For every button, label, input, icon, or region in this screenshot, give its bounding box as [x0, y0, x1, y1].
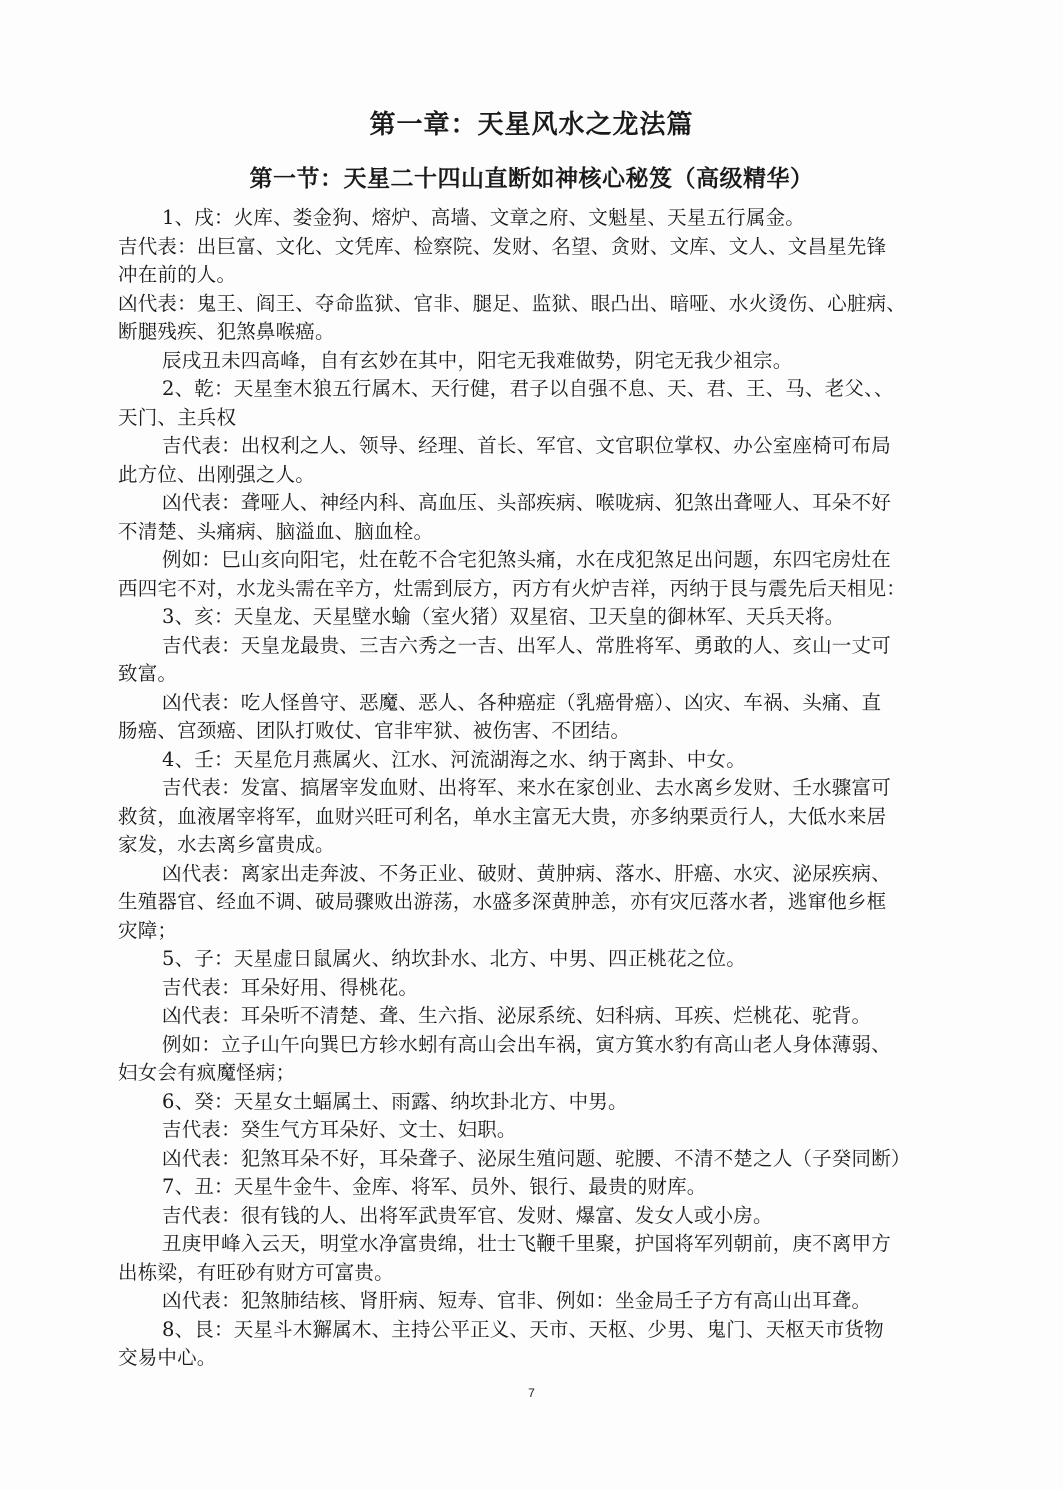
text-line: 吉代表：发富、搞屠宰发血财、出将军、来水在家创业、去水离乡发财、壬水骤富可 [118, 774, 963, 803]
text-line: 4、壬：天星危月燕属火、江水、河流湖海之水、纳于离卦、中女。 [118, 746, 963, 775]
text-line: 吉代表：耳朵好用、得桃花。 [118, 974, 963, 1003]
text-line: 灾障； [118, 917, 963, 946]
text-line: 凶代表：犯煞耳朵不好，耳朵聋子、泌尿生殖问题、驼腰、不清不楚之人（子癸同断） [118, 1145, 963, 1174]
text-line: 交易中心。 [118, 1344, 963, 1373]
text-line: 生殖器官、经血不调、破局骤败出游荡，水盛多深黄肿恙，亦有灾厄落水者，逃窜他乡框 [118, 888, 963, 917]
section-title: 第一节：天星二十四山直断如神核心秘笈（高级精华） [0, 160, 1063, 193]
text-line: 例如：巳山亥向阳宅，灶在乾不合宅犯煞头痛，水在戌犯煞足出问题，东四宅房灶在 [118, 546, 963, 575]
text-line: 致富。 [118, 660, 963, 689]
chapter-title: 第一章：天星风水之龙法篇 [0, 104, 1063, 141]
text-line: 5、子：天星虚日鼠属火、纳坎卦水、北方、中男、四正桃花之位。 [118, 945, 963, 974]
text-line: 3、亥：天皇龙、天星壁水蝓（室火猪）双星宿、卫天皇的御林军、天兵天将。 [118, 603, 963, 632]
text-line: 出栋梁，有旺砂有财方可富贵。 [118, 1259, 963, 1288]
text-line: 不清楚、头痛病、脑溢血、脑血栓。 [118, 518, 963, 547]
text-line: 凶代表：离家出走奔波、不务正业、破财、黄肿病、落水、肝癌、水灾、泌尿疾病、 [118, 860, 963, 889]
text-line: 丑庚甲峰入云天，明堂水净富贵绵，壮士飞鞭千里聚，护国将军列朝前，庚不离甲方 [118, 1230, 963, 1259]
text-line: 吉代表：出权利之人、领导、经理、首长、军官、文官职位掌权、办公室座椅可布局 [118, 432, 963, 461]
text-line: 凶代表：聋哑人、神经内科、高血压、头部疾病、喉咙病、犯煞出聋哑人、耳朵不好 [118, 489, 963, 518]
page-number: 7 [0, 1386, 1063, 1400]
text-line: 凶代表：鬼王、阎王、夺命监狱、官非、腿足、监狱、眼凸出、暗哑、水火烫伤、心脏病、 [118, 290, 963, 319]
text-line: 凶代表：吃人怪兽守、恶魔、恶人、各种癌症（乳癌骨癌）、凶灾、车祸、头痛、直 [118, 689, 963, 718]
text-line: 断腿残疾、犯煞鼻喉癌。 [118, 318, 963, 347]
text-line: 家发，水去离乡富贵成。 [118, 831, 963, 860]
text-line: 凶代表：犯煞肺结核、肾肝病、短寿、官非、例如：坐金局壬子方有高山出耳聋。 [118, 1287, 963, 1316]
text-line: 吉代表：天皇龙最贵、三吉六秀之一吉、出军人、常胜将军、勇敢的人、亥山一丈可 [118, 632, 963, 661]
text-line: 吉代表：很有钱的人、出将军武贵军官、发财、爆富、发女人或小房。 [118, 1202, 963, 1231]
text-line: 妇女会有疯魔怪病； [118, 1059, 963, 1088]
text-line: 辰戌丑未四高峰，自有玄妙在其中，阳宅无我难做势，阴宅无我少祖宗。 [118, 347, 963, 376]
text-line: 此方位、出刚强之人。 [118, 461, 963, 490]
document-page: 第一章：天星风水之龙法篇 第一节：天星二十四山直断如神核心秘笈（高级精华） 1、… [0, 0, 1063, 1490]
text-line: 冲在前的人。 [118, 261, 963, 290]
text-line: 2、乾：天星奎木狼五行属木、天行健，君子以自强不息、天、君、王、马、老父、、 [118, 375, 963, 404]
text-line: 1、戌：火库、娄金狗、熔炉、高墙、文章之府、文魁星、天星五行属金。 [118, 204, 963, 233]
text-line: 例如：立子山午向巽巳方轸水蚓有高山会出车祸，寅方箕水豹有高山老人身体薄弱、 [118, 1031, 963, 1060]
text-line: 8、艮：天星斗木獬属木、主持公平正义、天市、天枢、少男、鬼门、天枢天市货物 [118, 1316, 963, 1345]
text-line: 吉代表：癸生气方耳朵好、文士、妇职。 [118, 1116, 963, 1145]
text-line: 凶代表：耳朵听不清楚、聋、生六指、泌尿系统、妇科病、耳疾、烂桃花、驼背。 [118, 1002, 963, 1031]
text-line: 6、癸：天星女土蝠属土、雨露、纳坎卦北方、中男。 [118, 1088, 963, 1117]
text-line: 肠癌、宫颈癌、团队打败仗、官非牢狱、被伤害、不团结。 [118, 717, 963, 746]
text-line: 救贫，血液屠宰将军，血财兴旺可利名，单水主富无大贵，亦多纳栗贡行人，大低水来居 [118, 803, 963, 832]
text-line: 天门、主兵权 [118, 404, 963, 433]
text-line: 吉代表：出巨富、文化、文凭库、检察院、发财、名望、贪财、文库、文人、文昌星先锋 [118, 233, 963, 262]
body-text: 1、戌：火库、娄金狗、熔炉、高墙、文章之府、文魁星、天星五行属金。吉代表：出巨富… [118, 204, 963, 1373]
text-line: 7、丑：天星牛金牛、金库、将军、员外、银行、最贵的财库。 [118, 1173, 963, 1202]
text-line: 西四宅不对，水龙头需在辛方，灶需到辰方，丙方有火炉吉祥，丙纳于艮与震先后天相见： [118, 575, 963, 604]
